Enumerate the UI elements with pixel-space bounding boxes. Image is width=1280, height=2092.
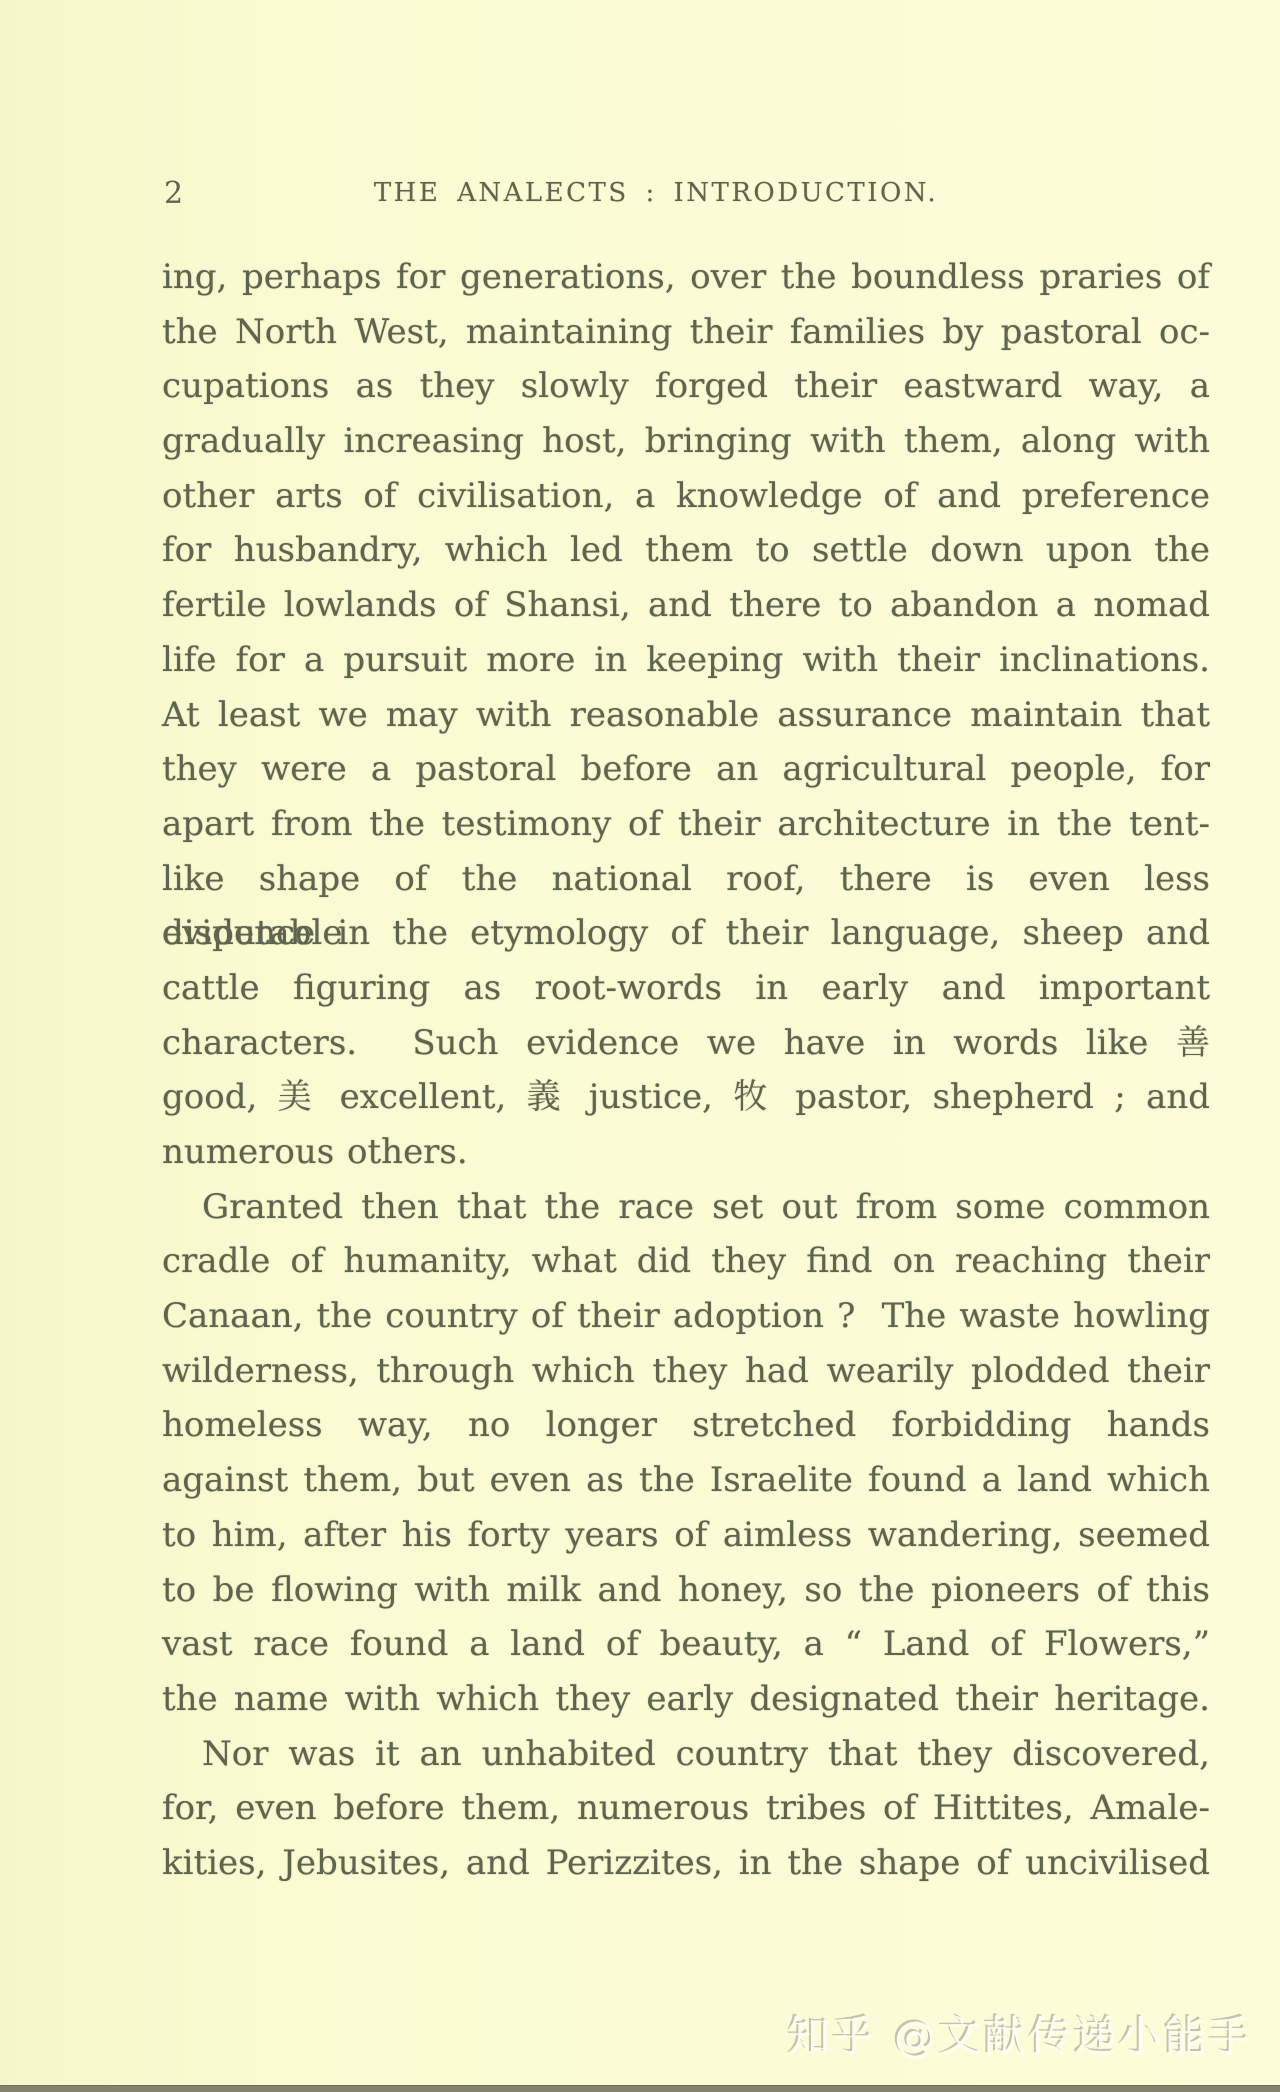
text-line: life for a pursuit more in keeping with …: [162, 633, 1210, 688]
text-line: fertile lowlands of Shansi, and there to…: [162, 578, 1210, 633]
text-line: Canaan, the country of their adoption ? …: [162, 1289, 1210, 1344]
text-line: cupations as they slowly forged their ea…: [162, 359, 1210, 414]
text-line: like shape of the national roof, there i…: [162, 852, 1210, 907]
text-line: numerous others.: [162, 1125, 1210, 1180]
text-line: vast race found a land of beauty, a “ La…: [162, 1617, 1210, 1672]
text-line: against them, but even as the Israelite …: [162, 1453, 1210, 1508]
text-line: cattle figuring as root-words in early a…: [162, 961, 1210, 1016]
text-line: good, 美 excellent, 義 justice, 牧 pastor, …: [162, 1070, 1210, 1125]
text-line: gradually increasing host, bringing with…: [162, 414, 1210, 469]
text-line: the name with which they early designate…: [162, 1672, 1210, 1727]
text-line: other arts of civilisation, a knowledge …: [162, 469, 1210, 524]
text-line: homeless way, no longer stretched forbid…: [162, 1398, 1210, 1453]
text-line: evidence in the etymology of their langu…: [162, 906, 1210, 961]
text-line: kities, Jebusites, and Perizzites, in th…: [162, 1836, 1210, 1891]
text-line: to him, after his forty years of aimless…: [162, 1508, 1210, 1563]
text-line: At least we may with reasonable assuranc…: [162, 688, 1210, 743]
text-line: apart from the testimony of their archit…: [162, 797, 1210, 852]
text-line: to be flowing with milk and honey, so th…: [162, 1563, 1210, 1618]
text-line: for, even before them, numerous tribes o…: [162, 1781, 1210, 1836]
text-line: they were a pastoral before an agricultu…: [162, 742, 1210, 797]
text-line: characters. Such evidence we have in wor…: [162, 1016, 1210, 1071]
text-line: the North West, maintaining their famili…: [162, 305, 1210, 360]
text-line: for husbandry, which led them to settle …: [162, 523, 1210, 578]
book-page: 2 THE ANALECTS : INTRODUCTION. ing, perh…: [0, 0, 1280, 2092]
page-header: 2 THE ANALECTS : INTRODUCTION.: [162, 174, 1210, 214]
page-bottom-edge: [0, 2085, 1280, 2092]
watermark: 知乎 @文献传递小能手: [788, 2004, 1254, 2064]
running-title: THE ANALECTS : INTRODUCTION.: [162, 178, 1150, 208]
body-text: ing, perhaps for generations, over the b…: [162, 250, 1210, 1891]
text-line: Nor was it an unhabited country that the…: [162, 1727, 1210, 1782]
text-line: Granted then that the race set out from …: [162, 1180, 1210, 1235]
text-line: wilderness, through which they had weari…: [162, 1344, 1210, 1399]
text-line: cradle of humanity, what did they find o…: [162, 1234, 1210, 1289]
text-line: ing, perhaps for generations, over the b…: [162, 250, 1210, 305]
